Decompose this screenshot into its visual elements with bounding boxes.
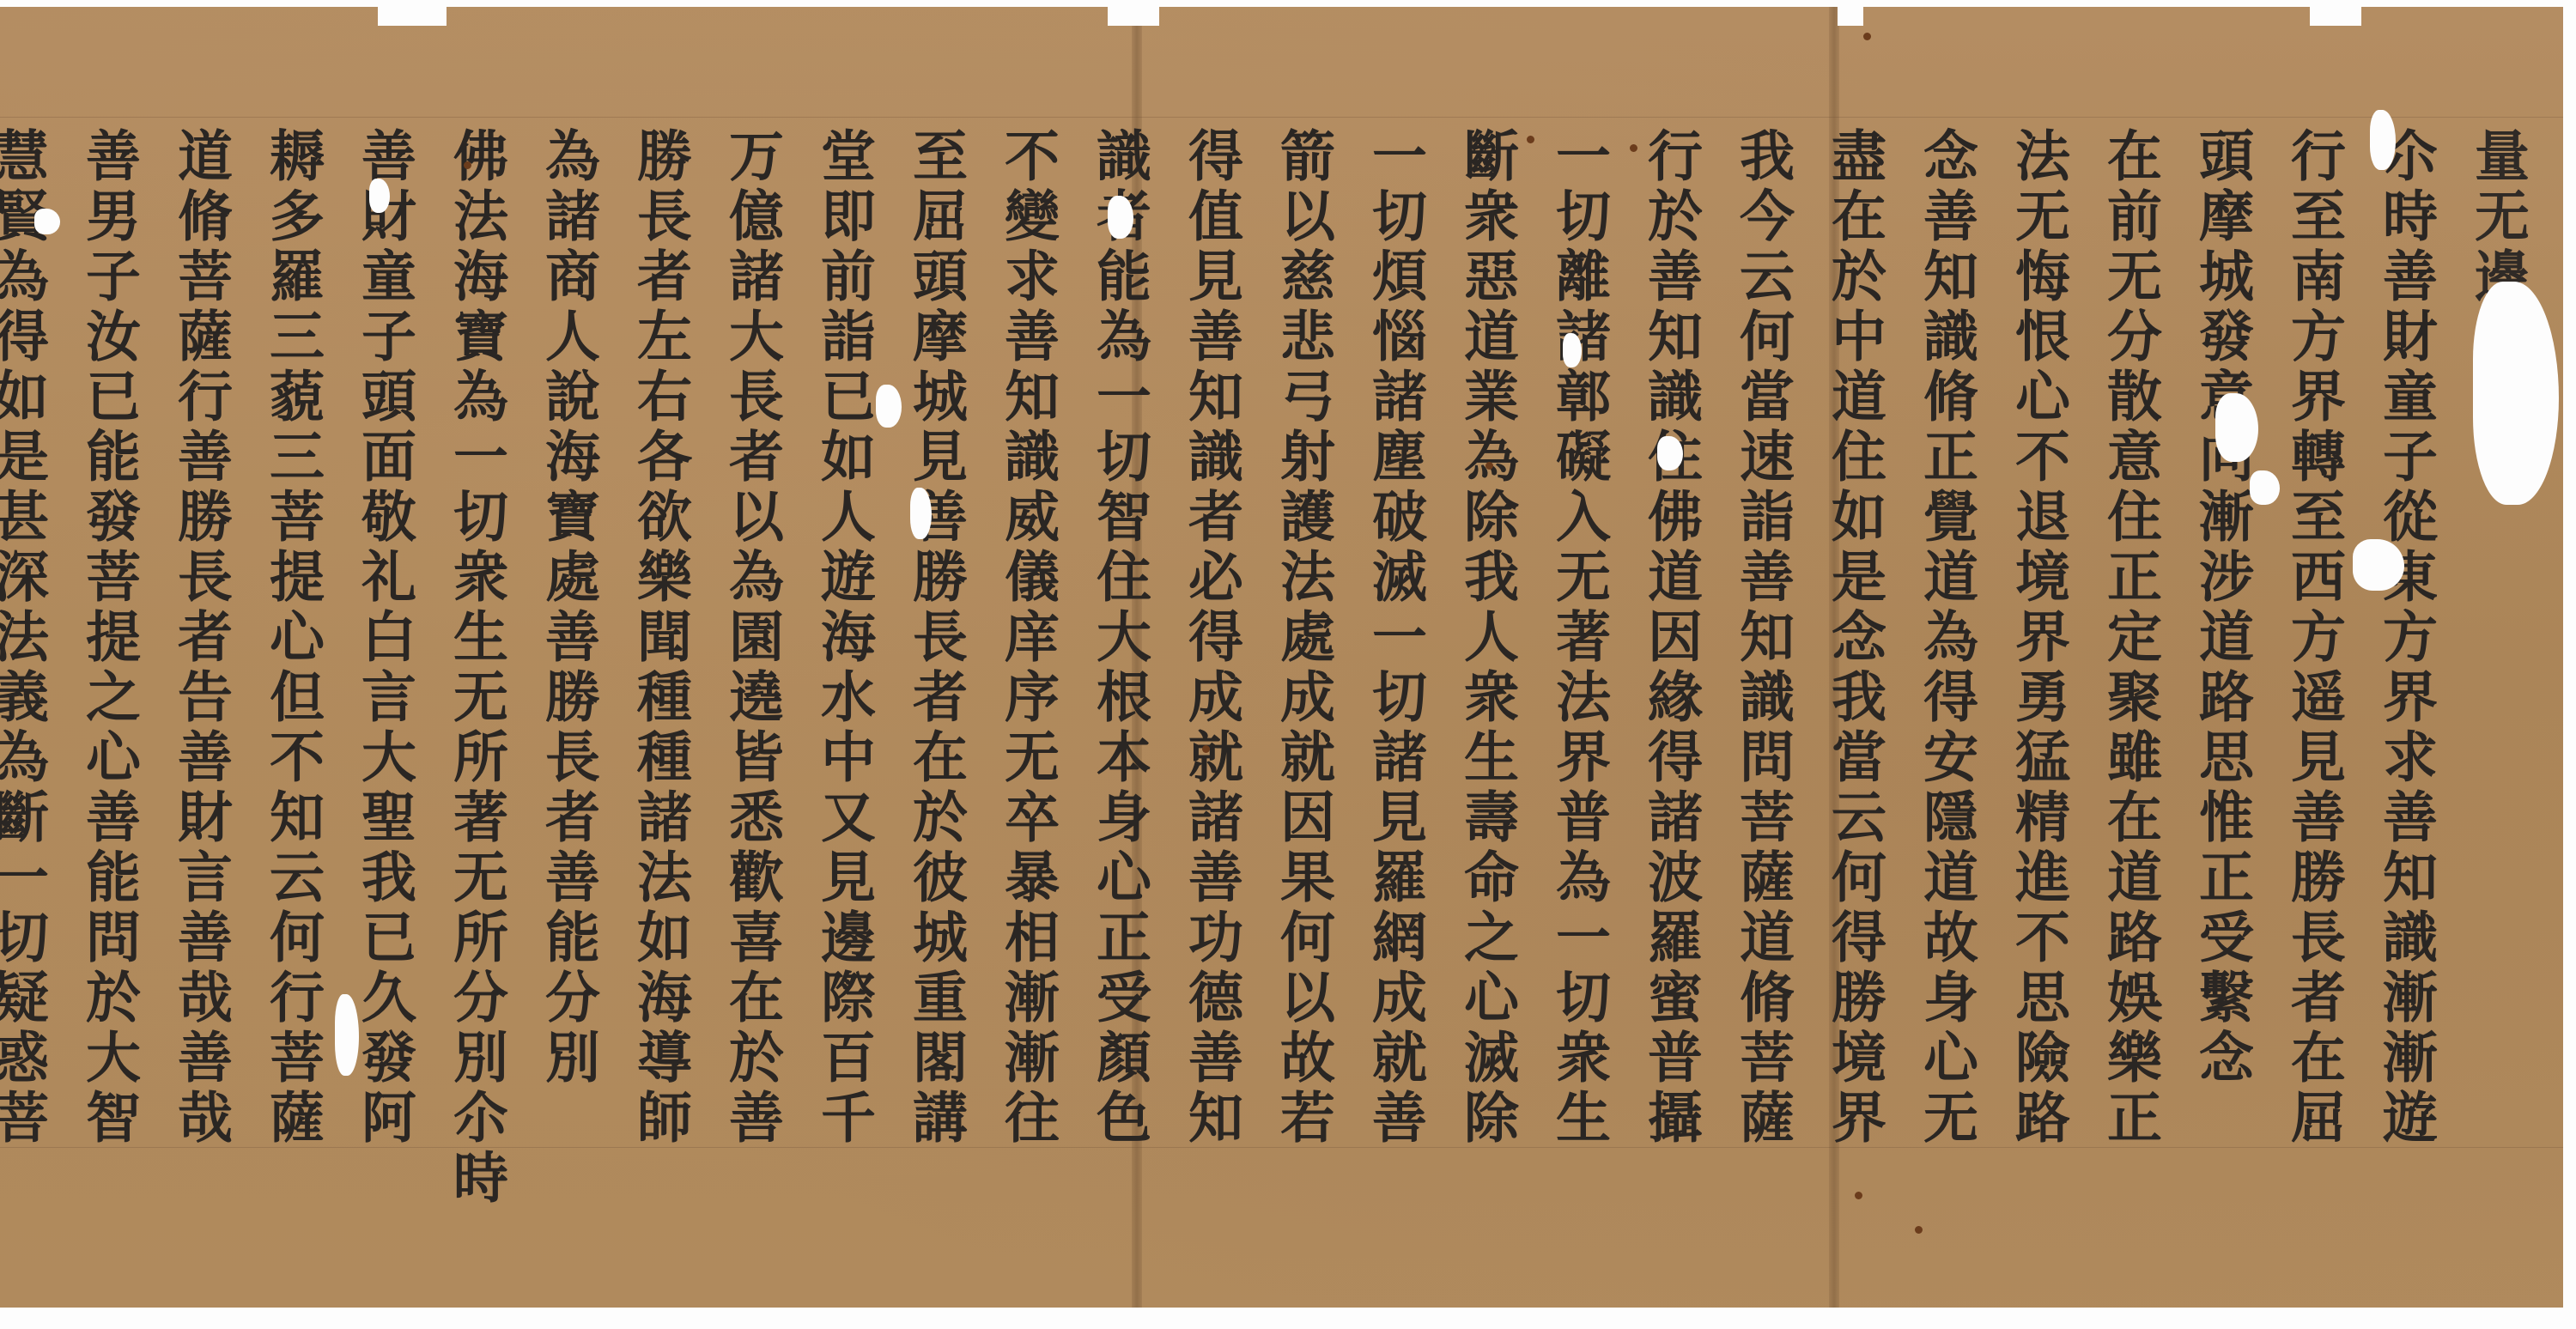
wormhole-damage [1563,333,1582,367]
stain-dot [464,161,471,169]
stain-dot [1202,745,1210,753]
wormhole-damage [2353,539,2404,591]
wormhole-damage [34,209,60,234]
wormhole-damage [369,179,390,213]
text-column-18: 至屈頭摩城見善勝長者在於彼城重閣講 [890,127,980,1157]
wormhole-damage [2215,393,2258,462]
text-column-27: 善男子汝已能發菩提之心善能問於大智 [64,127,153,1157]
text-column-4: 頭摩城發意向漸涉道路思惟正受繫念 [2177,127,2266,1157]
text-column-17: 不變求善知識威儀庠序无卒暴相漸漸往 [982,127,1072,1157]
wormhole-damage [910,488,932,539]
stain-dot [1485,462,1493,470]
text-column-22: 為諸商人說海寶處善勝長者善能分別 [523,127,612,1157]
wormhole-damage [876,385,902,428]
text-column-16: 識者能為一切智住大根本身心正受顏色 [1074,127,1163,1157]
wormhole-damage [2370,110,2396,170]
manuscript-scroll: 量无邊ㄱ 尒時善財童子從東方界求善知識漸漸遊 行至南方界轉至西方遥見善勝長者在屈… [0,7,2563,1308]
top-edge-tear [2310,7,2361,26]
text-column-1: 量无邊ㄱ [2452,127,2542,1157]
text-column-28: 慧賢為得如是甚深法義為斷一切疑惑菩 [0,127,61,1157]
text-column-3: 行至南方界轉至西方遥見善勝長者在屈 [2269,127,2358,1157]
text-column-12: 斷衆惡道業為除我人衆生壽命之心滅除 [1442,127,1531,1157]
text-column-14: 箭以慈悲弓射護法處成就因果何以故若 [1258,127,1347,1157]
wormhole-damage [1657,436,1683,470]
stain-dot [1915,1226,1923,1234]
text-column-5: 在前无分散意住正定聚雖在道路娛樂正 [2085,127,2174,1157]
wormhole-damage [2250,470,2280,505]
text-column-2: 尒時善財童子從東方界求善知識漸漸遊 [2360,127,2450,1157]
text-column-26: 道脩菩薩行善勝長者告善財言善哉善哉 [155,127,245,1157]
stain-dot [1630,144,1637,152]
stain-dot [1855,1192,1862,1199]
text-column-11: 一切離諸鄣礙入无著法界普為一切衆生 [1534,127,1623,1157]
text-column-23: 佛法海寶為一切衆生无所著无所分別尒時 [431,127,520,1157]
stain-dot [1527,136,1534,143]
text-column-20: 万億諸大長者以為園遶皆悉歡喜在於善 [707,127,796,1157]
top-edge-tear [378,7,447,26]
text-column-9: 我今云何當速詣善知識問菩薩道脩菩薩 [1717,127,1807,1157]
text-column-7: 念善知識脩正覺道為得安隱道故身心无 [1901,127,1990,1157]
text-column-13: 一切煩惱諸塵破滅一切諸見羅網成就善 [1350,127,1439,1157]
top-ruling-line [0,117,2563,118]
text-column-8: 盡在於中道住如是念我當云何得勝境界 [1809,127,1899,1157]
text-column-6: 法无悔恨心不退境界勇猛精進不思險路 [1993,127,2082,1157]
wormhole-damage [335,994,359,1076]
top-edge-tear [1108,7,1159,26]
text-column-10: 行於善知識住佛道因緣得諸波羅蜜普攝 [1625,127,1715,1157]
stain-dot [1863,33,1871,40]
wormhole-damage [2473,282,2559,505]
top-edge-tear [1838,7,1863,26]
text-column-25: 耨多羅三藐三菩提心但不知云何行菩薩 [247,127,337,1157]
text-column-19: 堂即前詣已如人遊海水中又見邊際百千 [799,127,888,1157]
text-column-21: 勝長者左右各欲樂聞種種諸法如海導師 [615,127,704,1157]
text-column-15: 得值見善知識者必得成就諸善功德善知 [1166,127,1255,1157]
text-columns: 量无邊ㄱ 尒時善財童子從東方界求善知識漸漸遊 行至南方界轉至西方遥見善勝長者在屈… [9,127,2542,1157]
wormhole-damage [1108,196,1133,239]
